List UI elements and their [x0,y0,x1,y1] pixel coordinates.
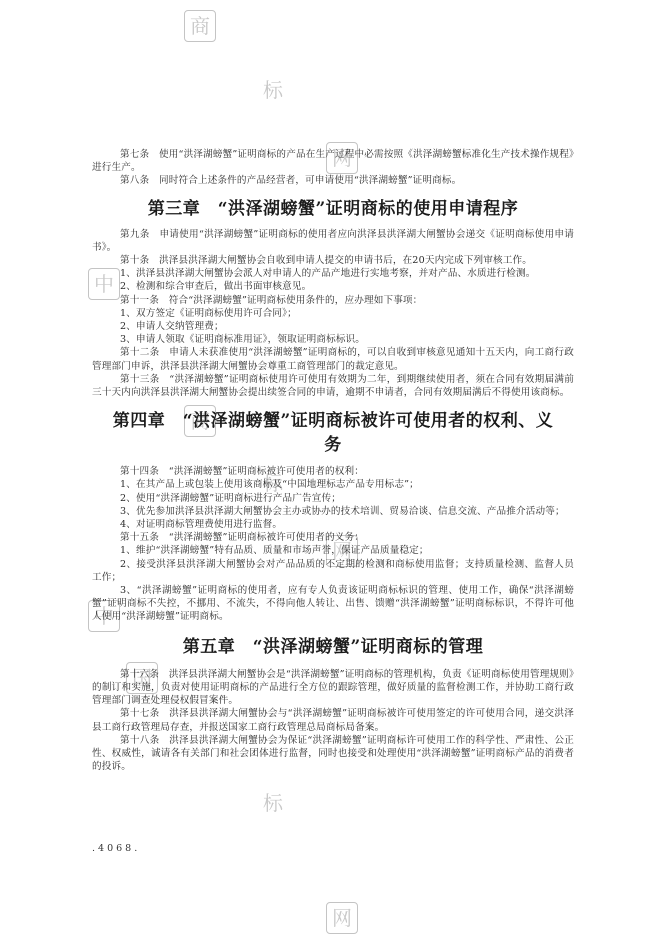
article-18: 第十八条 洪泽县洪泽湖大闸蟹协会为保证“洪泽湖螃蟹”证明商标许可使用工作的科学性… [92,734,574,774]
chapter-5-heading: 第五章 “洪泽湖螃蟹”证明商标的管理 [92,636,574,658]
chapter-4-heading: 第四章 “洪泽湖螃蟹”证明商标被许可使用者的权利、义务 [110,409,556,457]
watermark-shang-icon: 商 [184,10,216,42]
article-8: 第八条 同时符合上述条件的产品经营者，可申请使用“洪泽湖螃蟹”证明商标。 [92,174,574,187]
article-10-item-1: 1、洪泽县洪泽湖大闸蟹协会派人对申请人的产品产地进行实地考察，并对产品、水质进行… [92,267,574,280]
article-13: 第十三条 “洪泽湖螃蟹”证明商标使用许可使用有效期为二年，到期继续使用者，须在合… [92,373,574,399]
watermark-wang-icon: 网 [326,902,358,934]
article-11-item-3: 3、申请人领取《证明商标准用证》，领取证明商标标识。 [92,333,574,346]
article-14: 第十四条 “洪泽湖螃蟹”证明商标被许可使用者的权利： [92,465,574,478]
document-page: 商 标 网 中 商 标 网 中 国 标 网 第七条 使用“洪泽湖螃蟹”证明商标的… [0,0,660,943]
article-15-item-2: 2、接受洪泽县洪泽湖大闸蟹协会对产品品质的不定期的检测和商标使用监督；支持质量检… [92,558,574,584]
article-9: 第九条 申请使用“洪泽湖螃蟹”证明商标的使用者应向洪泽县洪泽湖大闸蟹协会递交《证… [92,228,574,254]
article-14-item-4: 4、对证明商标管理费使用进行监督。 [92,518,574,531]
article-12: 第十二条 申请人未获准使用“洪泽湖螃蟹”证明商标的，可以自收到审核意见通知十五天… [92,346,574,372]
chapter-3-heading: 第三章 “洪泽湖螃蟹”证明商标的使用申请程序 [92,198,574,220]
article-7: 第七条 使用“洪泽湖螃蟹”证明商标的产品在生产过程中必需按照《洪泽湖螃蟹标准化生… [92,148,574,174]
article-15-item-1: 1、维护“洪泽湖螃蟹”特有品质、质量和市场声誉，保证产品质量稳定； [92,544,574,557]
article-15-item-3: 3、“洪泽湖螃蟹”证明商标的使用者，应有专人负责该证明商标标识的管理、使用工作，… [92,584,574,624]
article-11-item-1: 1、双方签定《证明商标使用许可合同》； [92,307,574,320]
article-15: 第十五条 “洪泽湖螃蟹”证明商标被许可使用者的义务： [92,531,574,544]
article-10-item-2: 2、检测和综合审查后，做出书面审核意见。 [92,280,574,293]
article-11-item-2: 2、申请人交纳管理费； [92,320,574,333]
watermark-biao-icon: 标 [258,75,288,105]
page-number: .4068. [92,843,140,854]
article-10: 第十条 洪泽县洪泽湖大闸蟹协会自收到申请人提交的申请书后，在20天内完成下列审核… [92,254,574,267]
article-14-item-3: 3、优先参加洪泽县洪泽湖大闸蟹协会主办或协办的技术培训、贸易洽谈、信息交流、产品… [92,505,574,518]
article-16: 第十六条 洪泽县洪泽湖大闸蟹协会是“洪泽湖螃蟹”证明商标的管理机构，负责《证明商… [92,668,574,708]
document-body: 第七条 使用“洪泽湖螃蟹”证明商标的产品在生产过程中必需按照《洪泽湖螃蟹标准化生… [92,148,574,773]
watermark-biao-icon: 标 [258,788,288,818]
article-11: 第十一条 符合“洪泽湖螃蟹”证明商标使用条件的，应办理如下事项： [92,294,574,307]
article-14-item-2: 2、使用“洪泽湖螃蟹”证明商标进行产品广告宣传； [92,492,574,505]
article-14-item-1: 1、在其产品上或包装上使用该商标及“中国地理标志产品专用标志”； [92,478,574,491]
article-17: 第十七条 洪泽县洪泽湖大闸蟹协会与“洪泽湖螃蟹”证明商标被许可使用签定的许可使用… [92,707,574,733]
